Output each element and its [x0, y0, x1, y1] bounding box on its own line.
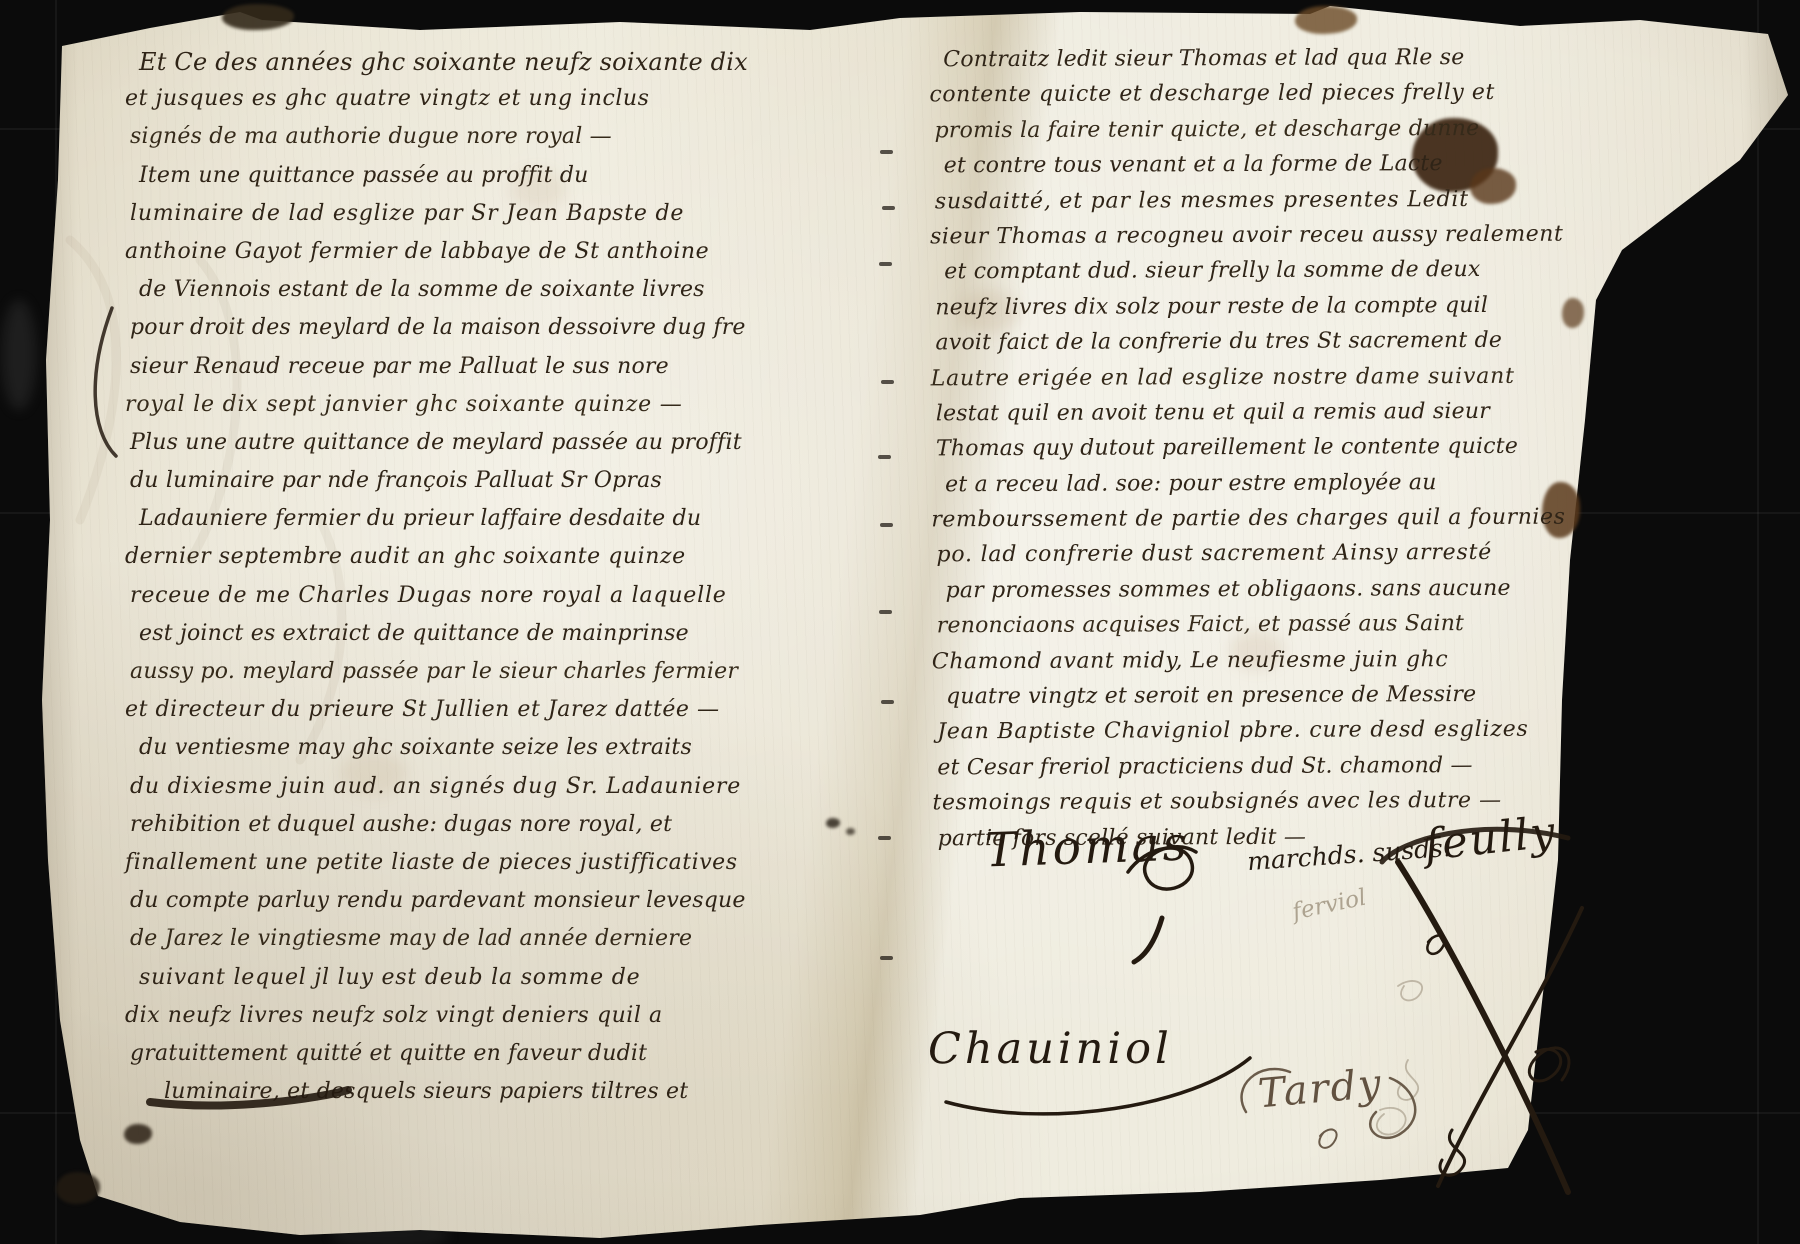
- manuscript-line: pour droit des meylard de la maison dess…: [130, 315, 820, 353]
- manuscript-line: Et Ce des années ghc soixante neufz soix…: [139, 48, 820, 86]
- manuscript-line: dernier septembre audit an ghc soixante …: [125, 544, 820, 582]
- manuscript-line: contente quicte et descharge led pieces …: [929, 80, 1549, 118]
- manuscript-line: par promesses sommes et obligaons. sans …: [946, 576, 1552, 614]
- manuscript-line: du luminaire par nde françois Palluat Sr…: [130, 468, 820, 506]
- binding-stitch: [878, 836, 891, 840]
- manuscript-line: sieur Thomas a recogneu avoir receu auss…: [930, 222, 1550, 260]
- ink-stain: [56, 1172, 100, 1204]
- manuscript-line: Chamond avant midy, Le neufiesme juin gh…: [932, 646, 1552, 684]
- manuscript-line: dix neufz livres neufz solz vingt denier…: [125, 1003, 820, 1041]
- manuscript-line: gratuittement quitté et quitte en faveur…: [130, 1041, 820, 1079]
- manuscript-line: anthoine Gayot fermier de labbaye de St …: [125, 239, 820, 277]
- manuscript-line: sieur Renaud receue par me Palluat le su…: [130, 354, 820, 392]
- manuscript-line: luminaire, et desquels sieurs papiers ti…: [164, 1079, 820, 1117]
- manuscript-line: est joinct es extraict de quittance de m…: [139, 621, 820, 659]
- manuscript-line: Plus une autre quittance de meylard pass…: [130, 430, 820, 468]
- manuscript-line: Contraitz ledit sieur Thomas et lad qua …: [943, 45, 1549, 83]
- manuscript-line: et directeur du prieure St Jullien et Ja…: [125, 697, 820, 735]
- binding-stitch: [880, 150, 893, 154]
- manuscript-line: et contre tous venant et a la forme de L…: [944, 151, 1550, 189]
- manuscript-line: rembourssement de partie des charges qui…: [931, 505, 1551, 543]
- manuscript-line: receue de me Charles Dugas nore royal a …: [130, 583, 820, 621]
- binding-stitch: [881, 700, 894, 704]
- manuscript-line: aussy po. meylard passée par le sieur ch…: [130, 659, 820, 697]
- manuscript-line: neufz livres dix solz pour reste de la c…: [935, 292, 1550, 330]
- manuscript-line: et comptant dud. sieur frelly la somme d…: [944, 257, 1550, 295]
- manuscript-line: Ladauniere fermier du prieur laffaire de…: [139, 506, 820, 544]
- manuscript-line: Jean Baptiste Chavigniol pbre. cure desd…: [937, 717, 1552, 755]
- manuscript-line: Thomas quy dutout pareillement le conten…: [936, 434, 1551, 472]
- manuscript-line: et a receu lad. soe: pour estre employée…: [945, 469, 1551, 507]
- signature-thomas: Thomas: [984, 816, 1190, 878]
- manuscript-line: rehibition et duquel aushe: dugas nore r…: [130, 812, 820, 850]
- binding-stitch: [880, 956, 893, 960]
- binding-stitch: [881, 380, 894, 384]
- manuscript-line: finallement une petite liaste de pieces …: [125, 850, 820, 888]
- manuscript-line: et Cesar freriol practiciens dud St. cha…: [937, 752, 1552, 790]
- manuscript-line: luminaire de lad esglize par Sr Jean Bap…: [130, 201, 820, 239]
- manuscript-line: lestat quil en avoit tenu et quil a remi…: [936, 399, 1551, 437]
- manuscript-line: po. lad confrerie dust sacrement Ainsy a…: [936, 540, 1551, 578]
- manuscript-line: suivant lequel jl luy est deub la somme …: [139, 965, 820, 1003]
- signature-chauiniol: Chauiniol: [928, 1024, 1173, 1074]
- manuscript-line: de Viennois estant de la somme de soixan…: [139, 277, 820, 315]
- backdrop-smudge: [2, 300, 36, 410]
- manuscript-line: susdaitté, et par les mesmes presentes L…: [935, 186, 1550, 224]
- manuscript-line: renonciaons acquises Faict, et passé aus…: [937, 611, 1552, 649]
- binding-stitch: [882, 206, 895, 210]
- manuscript-line: Item une quittance passée au proffit du: [139, 163, 820, 201]
- manuscript-line: quatre vingtz et seroit en presence de M…: [946, 682, 1552, 720]
- backdrop-seam: [1757, 0, 1759, 1244]
- binding-stitch: [879, 262, 892, 266]
- binding-stitch: [880, 523, 893, 527]
- photograph-of-manuscript: { "document": { "kind": "handwritten not…: [0, 0, 1800, 1244]
- manuscript-line: promis la faire tenir quicte, et deschar…: [935, 115, 1550, 153]
- manuscript-line: Lautre erigée en lad esglize nostre dame…: [931, 363, 1551, 401]
- manuscript-line: royal le dix sept janvier ghc soixante q…: [125, 392, 820, 430]
- manuscript-line: signés de ma authorie dugue nore royal —: [130, 124, 820, 162]
- manuscript-line: et jusques es ghc quatre vingtz et ung i…: [125, 86, 820, 124]
- right-page-text: Contraitz ledit sieur Thomas et lad qua …: [934, 45, 1553, 862]
- binding-stitch: [878, 455, 891, 459]
- binding-stitch: [879, 610, 892, 614]
- left-page-text: Et Ce des années ghc soixante neufz soix…: [130, 48, 820, 1117]
- manuscript-line: du dixiesme juin aud. an signés dug Sr. …: [130, 774, 820, 812]
- manuscript-line: du ventiesme may ghc soixante seize les …: [139, 735, 820, 773]
- manuscript-line: avoit faict de la confrerie du tres St s…: [935, 328, 1550, 366]
- manuscript-line: de Jarez le vingtiesme may de lad année …: [130, 926, 820, 964]
- manuscript-line: du compte parluy rendu pardevant monsieu…: [130, 888, 820, 926]
